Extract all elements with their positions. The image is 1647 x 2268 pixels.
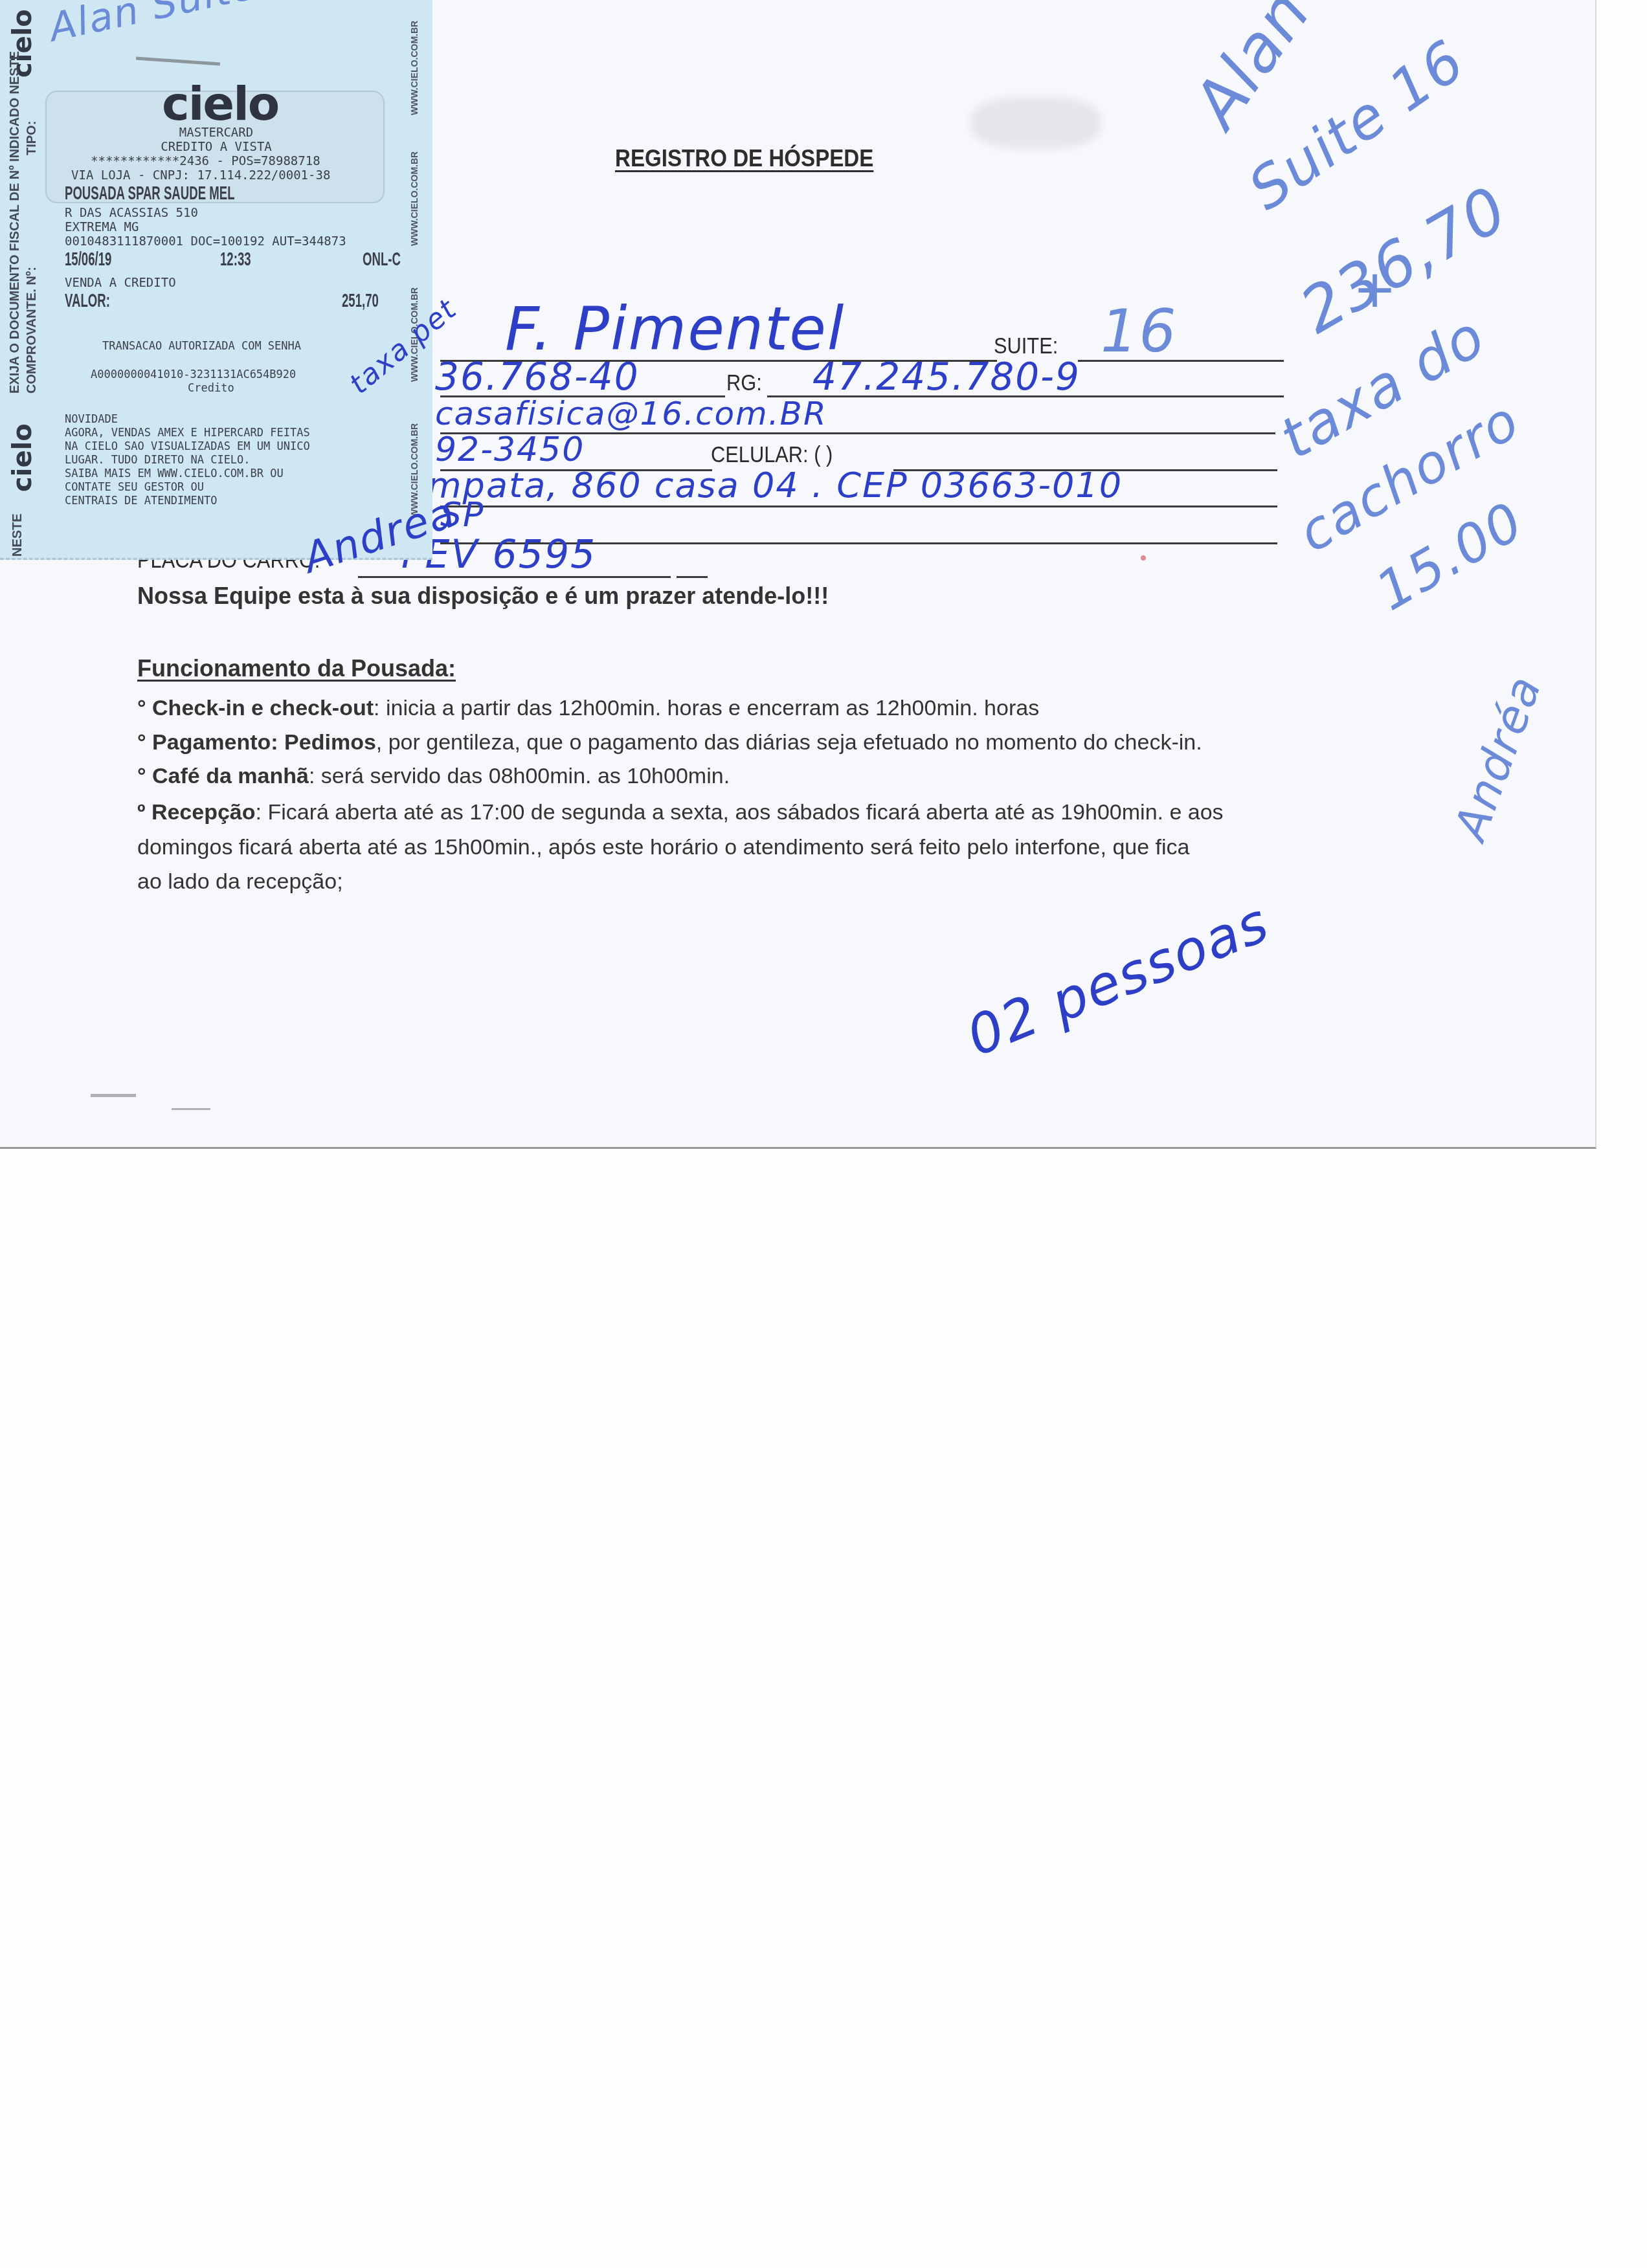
receipt-note: Alan Suite 16 (45, 0, 324, 50)
notice-line: LUGAR. TUDO DIRETO NA CIELO. (65, 455, 251, 466)
stray-mark (91, 1094, 136, 1097)
fiscal-neste: NESTE (10, 513, 25, 557)
notice-line: CONTATE SEU GESTOR OU (65, 482, 204, 493)
rule-item: ° Check-in e check-out: inicia a partir … (137, 696, 1039, 721)
cielo-url: WWW.CIELO.COM.BR (409, 21, 420, 115)
cpf-value[interactable]: 36.768-40 (435, 355, 640, 399)
rule-label: Recepção (151, 800, 256, 825)
notice-line: SAIBA MAIS EM WWW.CIELO.COM.BR OU (65, 469, 284, 480)
rule-item: º Recepção: Ficará aberta até as 17:00 d… (137, 800, 1224, 825)
rule-bullet: ° (137, 764, 146, 788)
staple (136, 56, 220, 65)
name-value[interactable]: F. Pimentel (505, 295, 845, 364)
rule-text: : inicia a partir das 12h00min. horas e … (374, 696, 1039, 720)
rule-continuation: domingos ficará aberta até as 15h00min.,… (137, 835, 1189, 860)
rule-label: Pagamento: Pedimos (152, 730, 376, 755)
rule-item: ° Pagamento: Pedimos, por gentileza, que… (137, 730, 1202, 755)
transaction-mode: ONL-C (363, 250, 401, 269)
card-number: ************2436 - POS=78988718 (91, 155, 320, 168)
transaction-ids: 0010483111870001 DOC=100192 AUT=344873 (65, 236, 346, 248)
address-line (440, 506, 1277, 507)
cielo-logo: cielo (162, 76, 278, 131)
note-plus: + (1353, 259, 1398, 319)
rg-label: RG: (726, 370, 762, 396)
phone-value[interactable]: 92-3450 (435, 430, 585, 469)
note-name: Alan (1178, 0, 1325, 140)
red-dot (1141, 555, 1146, 561)
cielo-url: WWW.CIELO.COM.BR (409, 151, 420, 246)
merchant-city: EXTREMA MG (65, 221, 139, 234)
placa-line-tail (677, 576, 708, 578)
suite-value[interactable]: 16 (1101, 298, 1178, 366)
welcome-message: Nossa Equipe esta à sua disposição e é u… (137, 583, 829, 610)
stray-mark (172, 1108, 210, 1110)
scan-smudge (971, 97, 1101, 149)
rule-text: , por gentileza, que o pagamento das diá… (376, 730, 1202, 755)
notice-line: CENTRAIS DE ATENDIMENTO (65, 496, 217, 507)
receipt-side-left: cielo EXIJA O DOCUMENTO FISCAL DE Nº IND… (3, 0, 48, 558)
rule-bullet: ° (137, 730, 146, 755)
celular-label: CELULAR: ( ) (711, 442, 833, 468)
amount-label: VALOR: (65, 291, 110, 311)
cielo-logo-vertical: cielo (8, 423, 38, 492)
aid-line: A0000000041010-3231131AC654B920 (91, 370, 296, 381)
rule-label: Check-in e check-out (152, 696, 374, 720)
section-title: Funcionamento da Pousada: (137, 655, 456, 682)
rg-value[interactable]: 47.245.780-9 (812, 355, 1081, 399)
notice-line: AGORA, VENDAS AMEX E HIPERCARD FEITAS (65, 428, 310, 439)
card-receipt: cielo EXIJA O DOCUMENTO FISCAL DE Nº IND… (0, 0, 432, 560)
merchant-name: POUSADA SPAR SAUDE MEL (65, 184, 234, 203)
card-brand: MASTERCARD (0, 127, 432, 139)
address-value[interactable]: mpata, 860 casa 04 . CEP 03663-010 (427, 465, 1123, 506)
rule-label: Café da manhã (152, 764, 309, 788)
auth-message: TRANSACAO AUTORIZADA COM SENHA (102, 341, 301, 352)
email-value[interactable]: casafisica@16.com.BR (435, 395, 827, 432)
merchant-address: R DAS ACASSIAS 510 (65, 207, 198, 219)
rule-text: : Ficará aberta até as 17:00 de segunda … (256, 800, 1224, 825)
fiscal-notice-line1: EXIJA O DOCUMENTO FISCAL DE Nº INDICADO … (8, 51, 23, 394)
note-amount: 236,70 (1288, 172, 1519, 348)
page-title: REGISTRO DE HÓSPEDE (615, 145, 873, 172)
guests-note: 02 pessoas (958, 890, 1278, 1068)
via-loja: VIA LOJA - CNPJ: 17.114.222/0001-38 (71, 170, 330, 182)
sale-type: VENDA A CREDITO (65, 277, 176, 289)
transaction-date: 15/06/19 (65, 250, 111, 269)
rule-item: ° Café da manhã: será servido das 08h00m… (137, 764, 730, 789)
rule-bullet: º (137, 800, 145, 825)
amount-value: 251,70 (342, 291, 379, 311)
transaction-time: 12:33 (220, 250, 251, 269)
notice-line: NOVIDADE (65, 414, 118, 425)
fiscal-notice-line2: COMPROVANTE. Nº: (25, 267, 39, 394)
rule-text: : será servido das 08h00min. as 10h00min… (309, 764, 730, 788)
aid-label: Credito (188, 383, 234, 394)
signature-right: Andréa (1444, 668, 1552, 847)
rule-continuation: ao lado da recepção; (137, 869, 343, 895)
notice-line: NA CIELO SAO VISUALIZADAS EM UM UNICO (65, 441, 310, 452)
rule-bullet: ° (137, 696, 146, 720)
payment-type: CREDITO A VISTA (0, 141, 432, 153)
